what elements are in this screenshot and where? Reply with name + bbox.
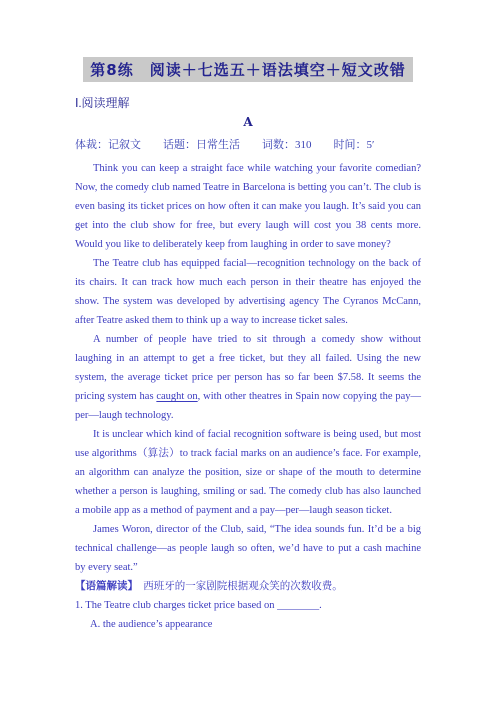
paragraph-text: It is unclear which kind of facial recog… [75,429,421,516]
content-column: Ⅰ.阅读理解 A 体裁：记叙文 话题：日常生活 词数：310 时间：5′ Thi… [75,94,421,634]
passage-paragraph: It is unclear which kind of facial recog… [75,425,421,520]
worksheet-page: 第8练 阅读＋七选五＋语法填空＋短文改错 Ⅰ.阅读理解 A 体裁：记叙文 话题：… [0,0,496,702]
passage-paragraph: A number of people have tried to sit thr… [75,330,421,425]
passage-paragraph: James Woron, director of the Club, said,… [75,520,421,577]
analysis-text: 西班牙的一家剧院根据观众笑的次数收费。 [133,581,343,592]
paragraph-text: The Teatre club has equipped facial—reco… [75,258,421,326]
underlined-phrase: caught on [156,391,197,402]
section-heading-reading: Ⅰ.阅读理解 [75,94,421,111]
question-1-option-a: A. the audience’s appearance [75,615,421,634]
passage-paragraph: The Teatre club has equipped facial—reco… [75,254,421,330]
reading-passage: Think you can keep a straight face while… [75,159,421,577]
analysis-label: 【语篇解读】 [75,581,133,592]
title-row: 第8练 阅读＋七选五＋语法填空＋短文改错 [0,0,496,82]
passage-label: A [75,115,421,129]
paragraph-text: Think you can keep a straight face while… [75,163,421,250]
paragraph-text: James Woron, director of the Club, said,… [75,524,421,573]
question-1: 1. The Teatre club charges ticket price … [75,596,421,615]
passage-meta: 体裁：记叙文 话题：日常生活 词数：310 时间：5′ [75,136,421,152]
passage-paragraph: Think you can keep a straight face while… [75,159,421,254]
passage-analysis: 【语篇解读】 西班牙的一家剧院根据观众笑的次数收费。 [75,577,421,596]
page-title: 第8练 阅读＋七选五＋语法填空＋短文改错 [83,57,412,82]
